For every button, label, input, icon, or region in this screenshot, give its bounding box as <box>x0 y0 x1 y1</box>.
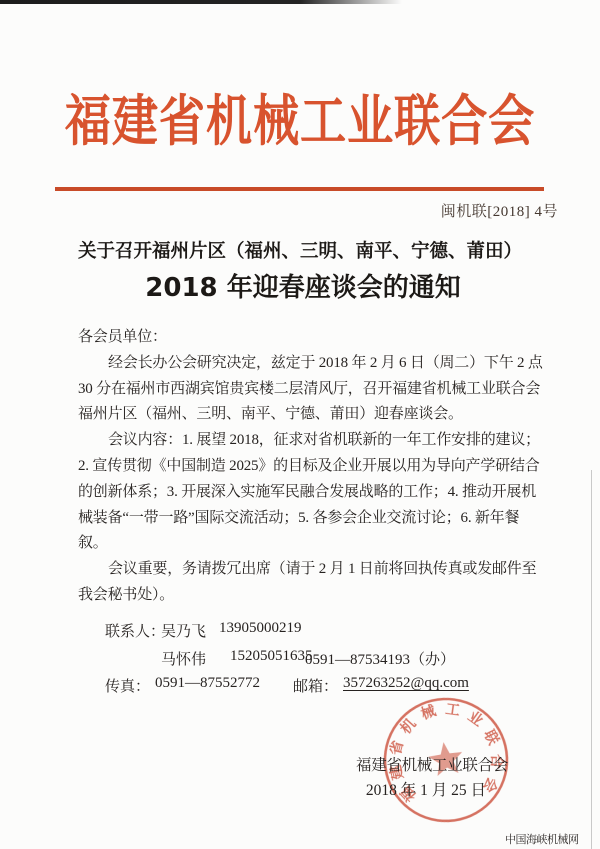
contact-label: 联系人： <box>105 620 165 641</box>
contact-phone: 15205051635 <box>230 648 313 665</box>
notice-title-line2: 2018 年迎春座谈会的通知 <box>6 267 600 304</box>
body-line: 2. 宣传贯彻《中国制造 2025》的目标及企业开展以用为导向产学研结合 <box>78 454 524 480</box>
letterhead-divider-rule <box>55 187 544 191</box>
contact-block: 联系人： 吴乃飞 13905000219 马怀伟 15205051635 059… <box>105 620 535 710</box>
contact-name: 马怀伟 <box>161 648 206 669</box>
body-line: 会议重要，务请拨冗出席（请于 2 月 1 日前将回执传真或发邮件至 <box>78 557 524 583</box>
site-watermark: 中国海峡机械网 <box>505 831 579 847</box>
contact-office-phone: 0591—87534193（办） <box>305 648 455 669</box>
signature-org-name: 福建省机械工业联合会 <box>356 753 508 775</box>
contact-row-2: 马怀伟 15205051635 0591—87534193（办） <box>105 648 535 676</box>
fax-label: 传真： <box>105 675 150 696</box>
body-line: 的创新体系；3. 开展深入实施军民融合发展战略的工作；4. 推动开展机 <box>78 480 524 506</box>
body-line: 叙。 <box>78 531 524 557</box>
body-line: 各会员单位： <box>78 325 524 351</box>
notice-body: 各会员单位：经会长办公会研究决定，兹定于 2018 年 2 月 6 日（周二）下… <box>78 325 524 609</box>
email-label: 邮箱： <box>293 675 338 696</box>
scanned-notice-document: 福建省机械工业联合会 闽机联[2018] 4号 关于召开福州片区（福州、三明、南… <box>0 0 600 849</box>
scan-artifact-right-edge <box>591 470 592 849</box>
email-link[interactable]: 357263252@qq.com <box>343 675 469 692</box>
contact-phone: 13905000219 <box>219 620 302 637</box>
contact-row-1: 联系人： 吴乃飞 13905000219 <box>105 620 535 648</box>
body-line: 我会秘书处）。 <box>78 583 524 609</box>
body-line: 30 分在福州市西湖宾馆贵宾楼二层清风厅，召开福建省机械工业联合会 <box>78 377 524 403</box>
document-number: 闽机联[2018] 4号 <box>441 200 558 221</box>
contact-row-3: 传真： 0591—87552772 邮箱： 357263252@qq.com <box>105 675 535 703</box>
scan-artifact-top-strip <box>0 0 600 4</box>
body-line: 福州片区（福州、三明、南平、宁德、莆田）迎春座谈会。 <box>78 402 524 428</box>
body-line: 械装备“一带一路”国际交流活动；5. 各参会企业交流讨论；6. 新年餐 <box>78 506 524 532</box>
letterhead-org-name: 福建省机械工业联合会 <box>48 90 552 154</box>
notice-title-line1: 关于召开福州片区（福州、三明、南平、宁德、莆田） <box>0 237 600 263</box>
signature-date: 2018 年 1 月 25 日 <box>351 778 501 800</box>
body-line: 会议内容：1. 展望 2018，征求对省机联新的一年工作安排的建议； <box>78 428 524 454</box>
contact-name: 吴乃飞 <box>161 620 206 641</box>
fax-number: 0591—87552772 <box>155 675 260 692</box>
body-line: 经会长办公会研究决定，兹定于 2018 年 2 月 6 日（周二）下午 2 点 <box>78 351 524 377</box>
